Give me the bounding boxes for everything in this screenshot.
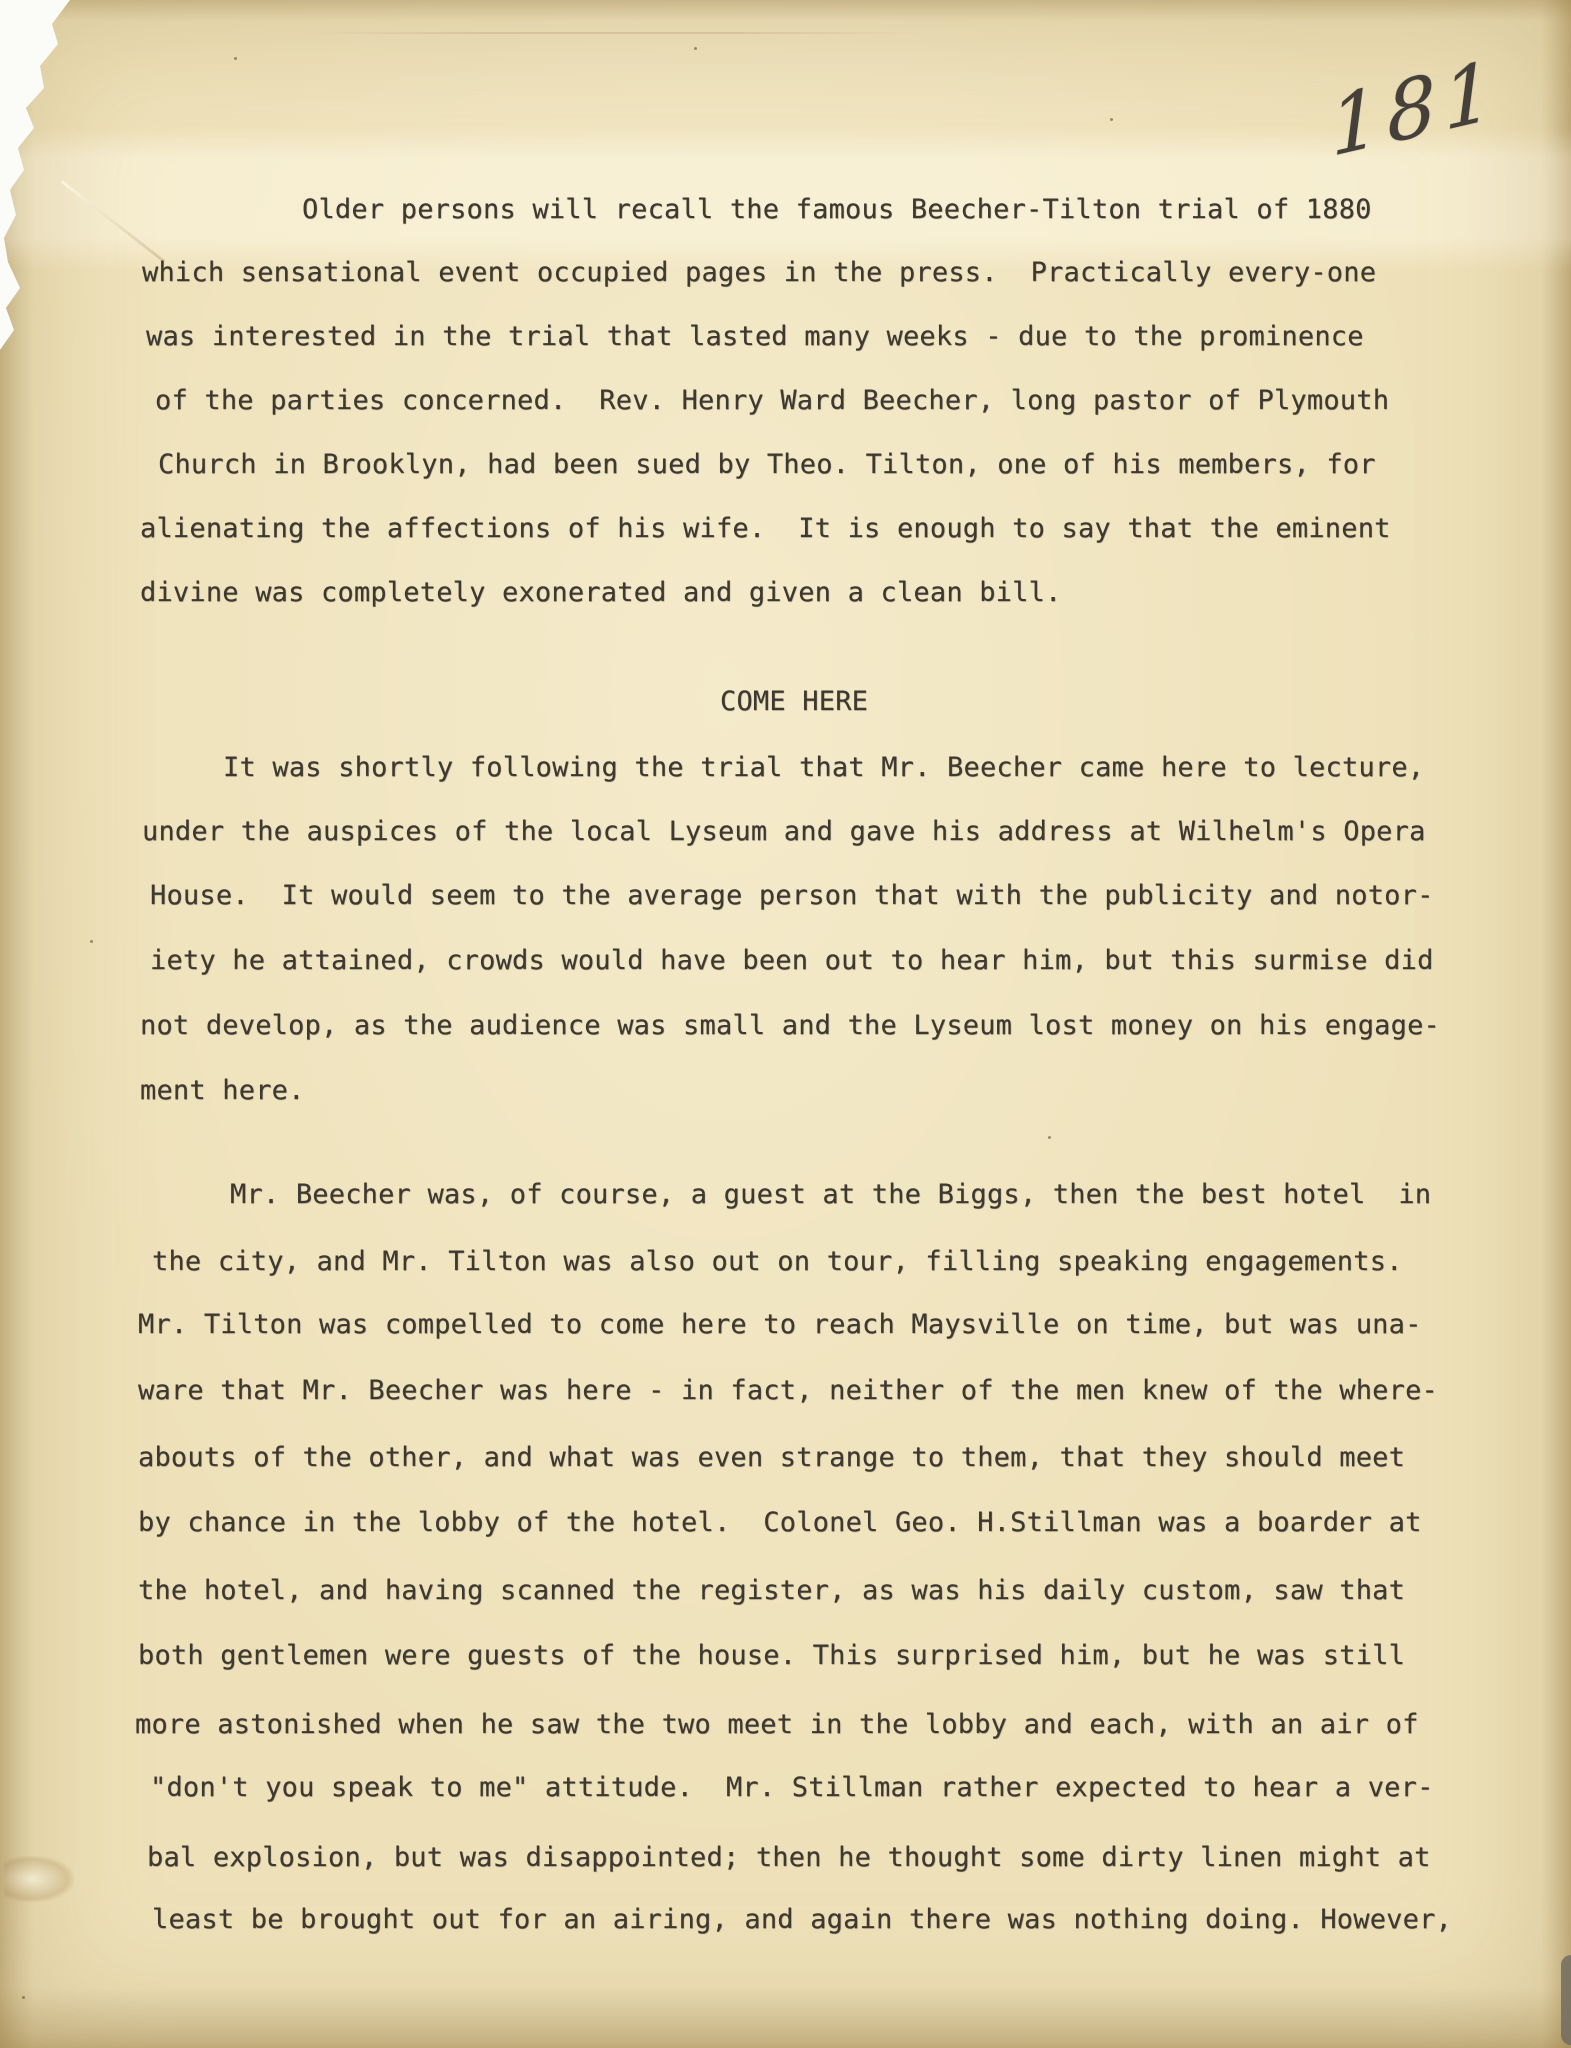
scan-edge-shadow xyxy=(1561,1955,1571,2045)
typed-line: more astonished when he saw the two meet… xyxy=(135,1710,1419,1740)
typed-line: the city, and Mr. Tilton was also out on… xyxy=(152,1247,1403,1277)
typed-line: alienating the affections of his wife. I… xyxy=(140,514,1391,544)
typed-line: the hotel, and having scanned the regist… xyxy=(138,1576,1405,1606)
typed-line: ment here. xyxy=(140,1076,305,1106)
typed-line: Older persons will recall the famous Bee… xyxy=(302,195,1372,225)
typed-line: Mr. Beecher was, of course, a guest at t… xyxy=(230,1180,1431,1210)
typed-line: by chance in the lobby of the hotel. Col… xyxy=(138,1508,1422,1538)
typed-line: of the parties concerned. Rev. Henry War… xyxy=(155,386,1389,416)
typed-line: House. It would seem to the average pers… xyxy=(150,881,1434,911)
typed-line: ware that Mr. Beecher was here - in fact… xyxy=(138,1376,1438,1406)
typed-line: abouts of the other, and what was even s… xyxy=(138,1443,1405,1473)
typed-line: both gentlemen were guests of the house.… xyxy=(138,1641,1405,1671)
paper-speck xyxy=(1110,118,1113,121)
scanned-document: 181 Older persons will recall the famous… xyxy=(0,0,1571,2048)
section-heading: COME HERE xyxy=(720,687,868,717)
typed-line: iety he attained, crowds would have been… xyxy=(150,946,1434,976)
typed-line: least be brought out for an airing, and … xyxy=(152,1905,1452,1935)
typed-line: "don't you speak to me" attitude. Mr. St… xyxy=(150,1773,1434,1803)
typed-line: not develop, as the audience was small a… xyxy=(140,1011,1440,1041)
typed-line: was interested in the trial that lasted … xyxy=(146,322,1364,352)
paper-speck xyxy=(1048,1136,1051,1139)
paper-speck xyxy=(90,940,93,943)
paper-speck xyxy=(694,47,697,50)
typed-line: divine was completely exonerated and giv… xyxy=(140,578,1062,608)
typed-line: bal explosion, but was disappointed; the… xyxy=(147,1843,1431,1873)
typed-line: under the auspices of the local Lyseum a… xyxy=(142,817,1426,847)
typed-line: which sensational event occupied pages i… xyxy=(142,258,1376,288)
typed-line: It was shortly following the trial that … xyxy=(223,753,1424,783)
paper-speck xyxy=(22,1996,25,1999)
typed-line: Church in Brooklyn, had been sued by The… xyxy=(158,450,1376,480)
typed-line: Mr. Tilton was compelled to come here to… xyxy=(138,1310,1422,1340)
paper-speck xyxy=(234,57,237,60)
